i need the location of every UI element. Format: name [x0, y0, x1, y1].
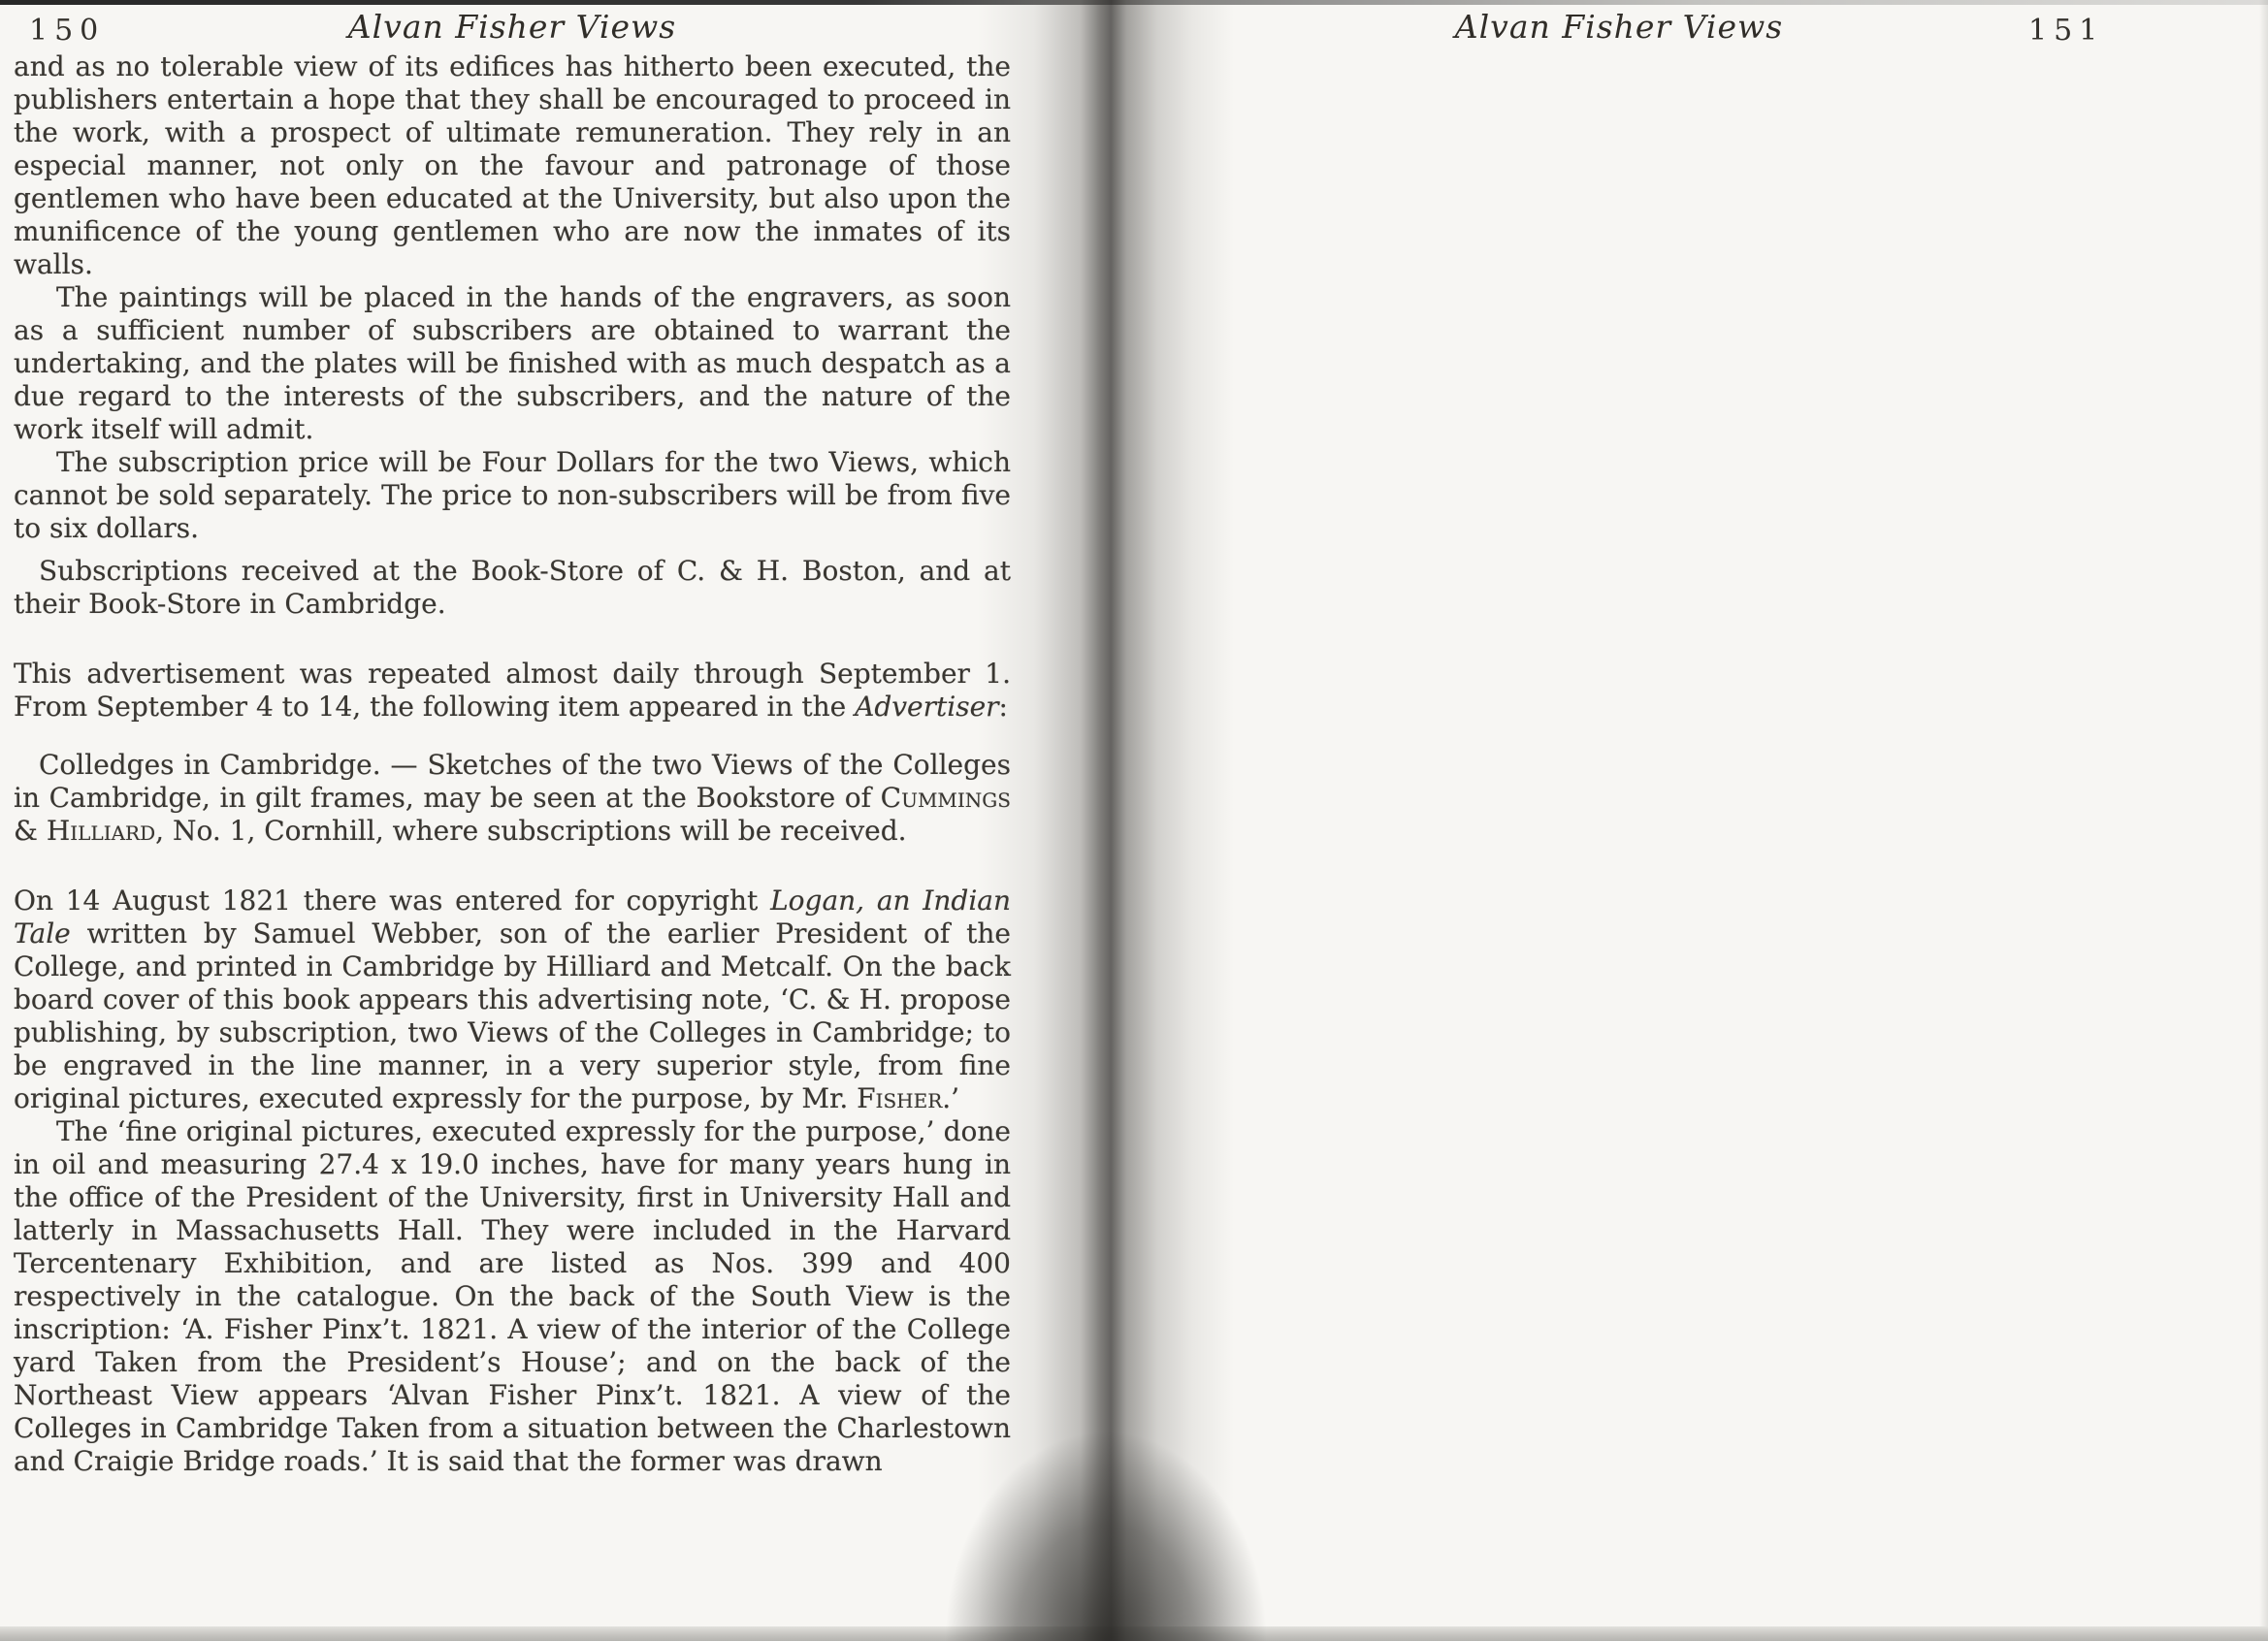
text-segment: Fisher [857, 1082, 942, 1114]
page-number-right: 151 [2028, 14, 2104, 48]
scan-right-edge [2259, 0, 2268, 1641]
left-page-text: and as no tolerable view of its edifices… [14, 50, 1011, 1478]
page-number-left: 150 [29, 14, 105, 48]
paragraph: The ‘fine original pictures, executed ex… [14, 1115, 1011, 1478]
running-head-right: Alvan Fisher Views [1150, 8, 2088, 46]
paragraph: Colledges in Cambridge. — Sketches of th… [14, 749, 1011, 848]
text-segment: The ‘fine original pictures, executed ex… [14, 1115, 1011, 1477]
text-segment: Subscriptions received at the Book-Store… [14, 555, 1011, 620]
right-page-header: Alvan Fisher Views 151 [1150, 8, 2088, 52]
text-segment: , No. 1, Cornhill, where subscriptions w… [155, 815, 906, 847]
paragraph: This advertisement was repeated almost d… [14, 658, 1011, 724]
book-scan: 150 Alvan Fisher Views and as no tolerab… [0, 0, 2268, 1641]
paragraph: The paintings will be placed in the hand… [14, 281, 1011, 446]
scan-bottom-edge [0, 1626, 2268, 1641]
text-segment: On 14 August 1821 there was entered for … [14, 885, 770, 917]
text-segment: Advertiser [855, 691, 998, 723]
text-segment: The subscription price will be Four Doll… [14, 446, 1011, 544]
text-segment: : [999, 691, 1008, 723]
paragraph: Subscriptions received at the Book-Store… [14, 555, 1011, 621]
right-page: Alvan Fisher Views 151 from the roof of … [1150, 0, 2268, 1641]
text-segment: The paintings will be placed in the hand… [14, 281, 1011, 445]
left-page: 150 Alvan Fisher Views and as no tolerab… [0, 0, 1024, 1641]
paragraph: On 14 August 1821 there was entered for … [14, 885, 1011, 1115]
text-segment: and as no tolerable view of its edifices… [14, 50, 1011, 280]
text-segment: Colledges in Cambridge. — Sketches of th… [14, 749, 1011, 814]
left-page-header: 150 Alvan Fisher Views [14, 8, 1011, 52]
text-segment: .’ [942, 1082, 959, 1114]
running-head-left: Alvan Fisher Views [14, 8, 1011, 46]
paragraph: and as no tolerable view of its edifices… [14, 50, 1011, 281]
paragraph: The subscription price will be Four Doll… [14, 446, 1011, 545]
scan-top-edge [0, 0, 2268, 5]
